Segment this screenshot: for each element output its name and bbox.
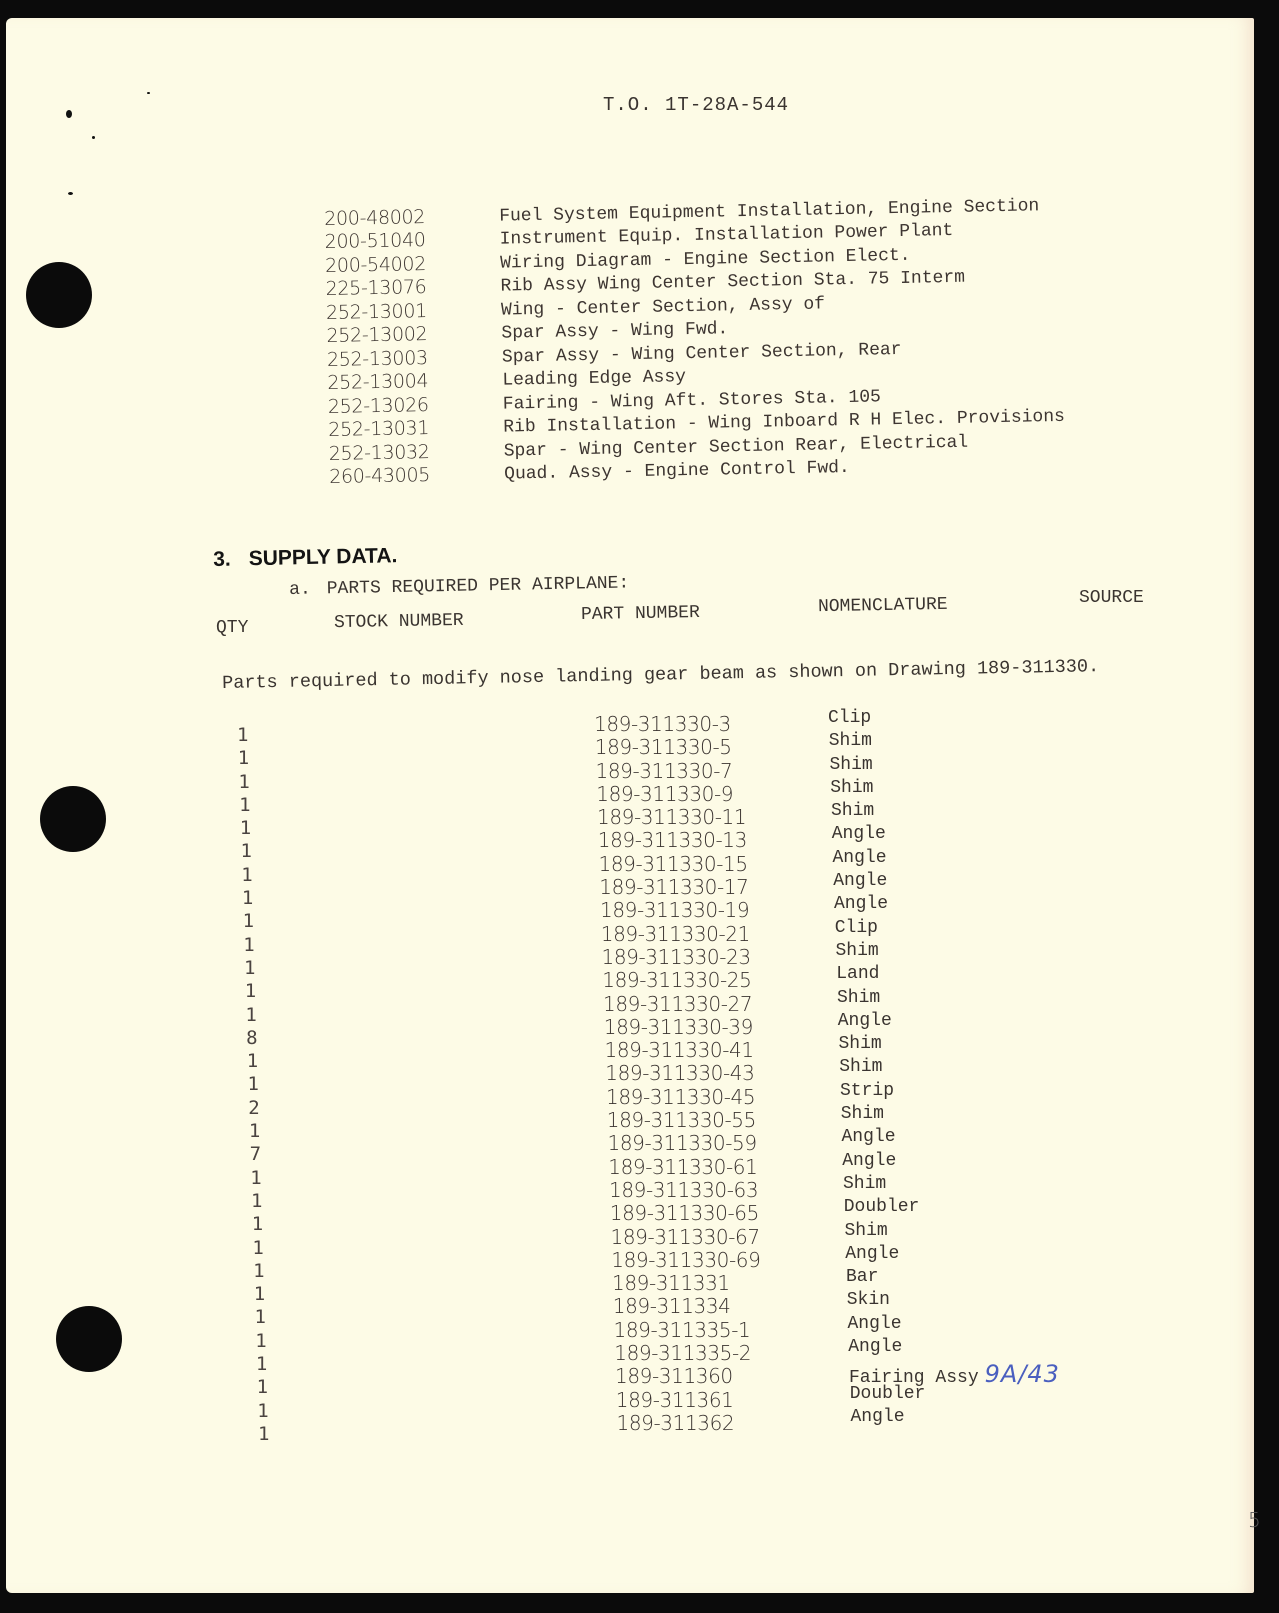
part-nomenclature-row: Angle: [828, 1151, 1060, 1174]
part-nomenclature: Shim: [830, 755, 873, 775]
part-qty: 1: [237, 817, 277, 840]
part-number: 189-311330-39: [594, 1015, 760, 1038]
part-nomenclature: Angle: [833, 848, 887, 868]
part-qty: 1: [237, 1167, 277, 1190]
part-number: 189-311330-65: [594, 1201, 760, 1224]
part-qty: 1: [237, 887, 277, 910]
part-nomenclature-row: Fairing Assy9A/43: [828, 1360, 1060, 1383]
drawing-number: 252-13003: [327, 345, 502, 370]
drawing-number: 252-13032: [329, 439, 504, 464]
part-nomenclature: Shim: [831, 801, 874, 821]
part-qty: 1: [237, 1330, 277, 1353]
part-nomenclature-row: Clip: [828, 708, 1060, 731]
part-nomenclature-row: Shim: [828, 1034, 1060, 1057]
part-nomenclature-row: Shim: [828, 1221, 1060, 1244]
column-header-source: SOURCE: [1079, 588, 1144, 608]
part-number: 189-311330-19: [594, 898, 760, 921]
part-qty: 1: [237, 724, 277, 747]
part-qty: 1: [237, 771, 277, 794]
drawing-number: 200-51040: [324, 228, 499, 253]
part-qty: 1: [237, 747, 277, 770]
part-nomenclature: Shim: [843, 1174, 886, 1194]
part-number: 189-311330-21: [594, 922, 760, 945]
column-header-nomenclature: NOMENCLATURE: [818, 595, 948, 617]
part-qty: 1: [237, 1004, 277, 1027]
part-nomenclature-row: Doubler: [828, 1197, 1060, 1220]
nomenclature-column: ClipShimShimShimShimAngleAngleAngleAngle…: [828, 708, 1060, 1430]
part-nomenclature-row: Angle: [828, 871, 1060, 894]
part-nomenclature-row: Shim: [828, 755, 1060, 778]
section-number: 3.: [213, 548, 231, 571]
part-number: 189-311330-41: [594, 1038, 760, 1061]
part-nomenclature: Land: [836, 964, 879, 984]
part-number: 189-311330-7: [594, 759, 760, 782]
part-nomenclature: Shim: [839, 1057, 882, 1077]
part-nomenclature-row: Angle: [828, 894, 1060, 917]
drawing-number: 252-13001: [326, 298, 501, 323]
ink-speck: [92, 136, 95, 139]
part-number: 189-311330-15: [594, 852, 760, 875]
part-number: 189-311335-1: [594, 1318, 760, 1341]
part-nomenclature-row: Land: [828, 964, 1060, 987]
part-number: 189-311330-13: [594, 828, 760, 851]
part-number: 189-311330-67: [594, 1225, 760, 1248]
part-qty: 1: [237, 1376, 277, 1399]
column-header-stock-number: STOCK NUMBER: [334, 611, 464, 633]
drawing-number: 260-43005: [329, 463, 504, 488]
part-nomenclature-row: Angle: [828, 824, 1060, 847]
part-number: 189-311330-45: [594, 1085, 760, 1108]
part-nomenclature-row: Shim: [828, 1057, 1060, 1080]
part-nomenclature: Bar: [846, 1267, 878, 1287]
part-nomenclature-row: Shim: [828, 988, 1060, 1011]
column-header-part-number: PART NUMBER: [581, 603, 700, 625]
part-qty: 1: [237, 1120, 277, 1143]
punch-hole-top: [26, 262, 92, 328]
punch-hole-bottom: [56, 1306, 122, 1372]
part-nomenclature-row: Shim: [828, 941, 1060, 964]
part-number: 189-311330-17: [594, 875, 760, 898]
part-number: 189-311361: [594, 1388, 760, 1411]
part-nomenclature-row: Shim: [828, 1174, 1060, 1197]
handwritten-annotation: 9A/43: [985, 1360, 1060, 1388]
qty-column: 1111111111111811217111111111111: [237, 724, 277, 1446]
part-number: 189-311330-5: [594, 735, 760, 758]
drawing-number: 252-13004: [327, 369, 502, 394]
part-nomenclature-row: Angle: [828, 1127, 1060, 1150]
part-number: 189-311330-11: [594, 805, 760, 828]
part-nomenclature-row: Clip: [828, 918, 1060, 941]
punch-hole-middle: [40, 786, 106, 852]
part-qty: 1: [237, 840, 277, 863]
part-qty: 1: [237, 1423, 277, 1446]
part-number: 189-311330-61: [594, 1155, 760, 1178]
part-qty: 1: [237, 1260, 277, 1283]
subsection-parts-required: a.PARTS REQUIRED PER AIRPLANE:: [289, 573, 629, 600]
part-nomenclature: Angle: [838, 1011, 892, 1031]
part-nomenclature: Shim: [829, 731, 872, 751]
part-qty: 1: [237, 957, 277, 980]
part-nomenclature: Shim: [845, 1221, 888, 1241]
drawing-title: Quad. Assy - Engine Control Fwd.: [504, 458, 850, 485]
part-number: 189-311330-3: [594, 712, 760, 735]
document-page: T.O. 1T-28A-544 200-48002Fuel System Equ…: [6, 18, 1254, 1593]
section-heading-supply-data: 3.SUPPLY DATA.: [213, 544, 398, 572]
part-number: 189-311360: [594, 1364, 760, 1387]
part-nomenclature-row: Bar: [828, 1267, 1060, 1290]
part-number: 189-311330-9: [594, 782, 760, 805]
part-nomenclature-row: Strip: [828, 1081, 1060, 1104]
part-qty: 8: [237, 1027, 277, 1050]
part-number: 189-311330-25: [594, 968, 760, 991]
part-nomenclature-row: Shim: [828, 801, 1060, 824]
part-number: 189-311330-69: [594, 1248, 760, 1271]
part-nomenclature: Doubler: [844, 1197, 920, 1217]
subsection-letter: a.: [289, 580, 311, 600]
part-number: 189-311330-23: [594, 945, 760, 968]
part-nomenclature: Shim: [841, 1104, 884, 1124]
part-nomenclature: Angle: [832, 824, 886, 844]
part-qty: 1: [237, 1050, 277, 1073]
drawing-title: Leading Edge Assy: [502, 367, 686, 391]
part-nomenclature-row: Angle: [828, 848, 1060, 871]
part-number-column: 189-311330-3189-311330-5189-311330-7189-…: [594, 712, 760, 1434]
part-nomenclature: Angle: [842, 1151, 896, 1171]
column-header-qty: QTY: [216, 618, 248, 638]
part-number: 189-311330-63: [594, 1178, 760, 1201]
part-nomenclature-row: Shim: [828, 731, 1060, 754]
part-nomenclature-row: Shim: [828, 1104, 1060, 1127]
part-qty: 1: [237, 1237, 277, 1260]
part-nomenclature: Clip: [828, 708, 871, 728]
ink-speck: [68, 192, 73, 195]
part-qty: 1: [237, 794, 277, 817]
part-nomenclature: Angle: [842, 1127, 896, 1147]
part-qty: 7: [237, 1143, 277, 1166]
part-qty: 1: [237, 1073, 277, 1096]
part-nomenclature: Strip: [840, 1081, 894, 1101]
drawing-number: 252-13031: [328, 416, 503, 441]
part-number: 189-311362: [594, 1411, 760, 1434]
part-number: 189-311330-43: [594, 1061, 760, 1084]
part-nomenclature: Angle: [848, 1314, 902, 1334]
technical-order-number: T.O. 1T-28A-544: [603, 94, 789, 116]
part-nomenclature-row: Angle: [828, 1407, 1060, 1430]
part-qty: 1: [237, 1283, 277, 1306]
part-nomenclature: Shim: [830, 778, 873, 798]
drawing-number: 225-13076: [325, 275, 500, 300]
part-qty: 1: [237, 1190, 277, 1213]
section-title: SUPPLY DATA.: [249, 544, 398, 570]
part-nomenclature-row: Angle: [828, 1244, 1060, 1267]
part-qty: 1: [237, 864, 277, 887]
part-nomenclature: Angle: [833, 871, 887, 891]
part-nomenclature-row: Shim: [828, 778, 1060, 801]
part-qty: 2: [237, 1097, 277, 1120]
part-qty: 1: [237, 934, 277, 957]
part-number: 189-311330-59: [594, 1131, 760, 1154]
drawing-number: 200-48002: [324, 204, 499, 229]
drawing-number: 252-13026: [328, 392, 503, 417]
part-nomenclature-row: Angle: [828, 1337, 1060, 1360]
part-nomenclature-row: Skin: [828, 1290, 1060, 1313]
part-number: 189-311330-55: [594, 1108, 760, 1131]
part-nomenclature-row: Angle: [828, 1314, 1060, 1337]
page-number: 5: [1248, 1508, 1261, 1532]
subsection-title: PARTS REQUIRED PER AIRPLANE:: [327, 573, 630, 599]
part-qty: 1: [237, 1400, 277, 1423]
part-nomenclature: Skin: [847, 1290, 890, 1310]
part-nomenclature: Angle: [845, 1244, 899, 1264]
part-qty: 1: [237, 1353, 277, 1376]
part-nomenclature: Angle: [834, 894, 888, 914]
part-nomenclature: Shim: [837, 988, 880, 1008]
part-nomenclature-row: Angle: [828, 1011, 1060, 1034]
part-nomenclature: Angle: [848, 1337, 902, 1357]
reference-drawings-list: 200-48002Fuel System Equipment Installat…: [324, 192, 1066, 488]
drawing-number: 200-54002: [325, 251, 500, 276]
ink-speck: [147, 92, 150, 94]
part-nomenclature: Angle: [851, 1407, 905, 1427]
part-number: 189-311330-27: [594, 992, 760, 1015]
part-qty: 1: [237, 1306, 277, 1329]
drawing-number: 252-13002: [326, 322, 501, 347]
part-qty: 1: [237, 910, 277, 933]
parts-note: Parts required to modify nose landing ge…: [222, 656, 1099, 694]
part-qty: 1: [237, 980, 277, 1003]
ink-speck: [66, 110, 72, 118]
part-qty: 1: [237, 1213, 277, 1236]
part-nomenclature: Shim: [839, 1034, 882, 1054]
part-nomenclature: Clip: [835, 918, 878, 938]
part-nomenclature: Shim: [836, 941, 879, 961]
part-nomenclature: Doubler: [850, 1384, 926, 1404]
part-number: 189-311334: [594, 1294, 760, 1317]
part-number: 189-311331: [594, 1271, 760, 1294]
part-number: 189-311335-2: [594, 1341, 760, 1364]
